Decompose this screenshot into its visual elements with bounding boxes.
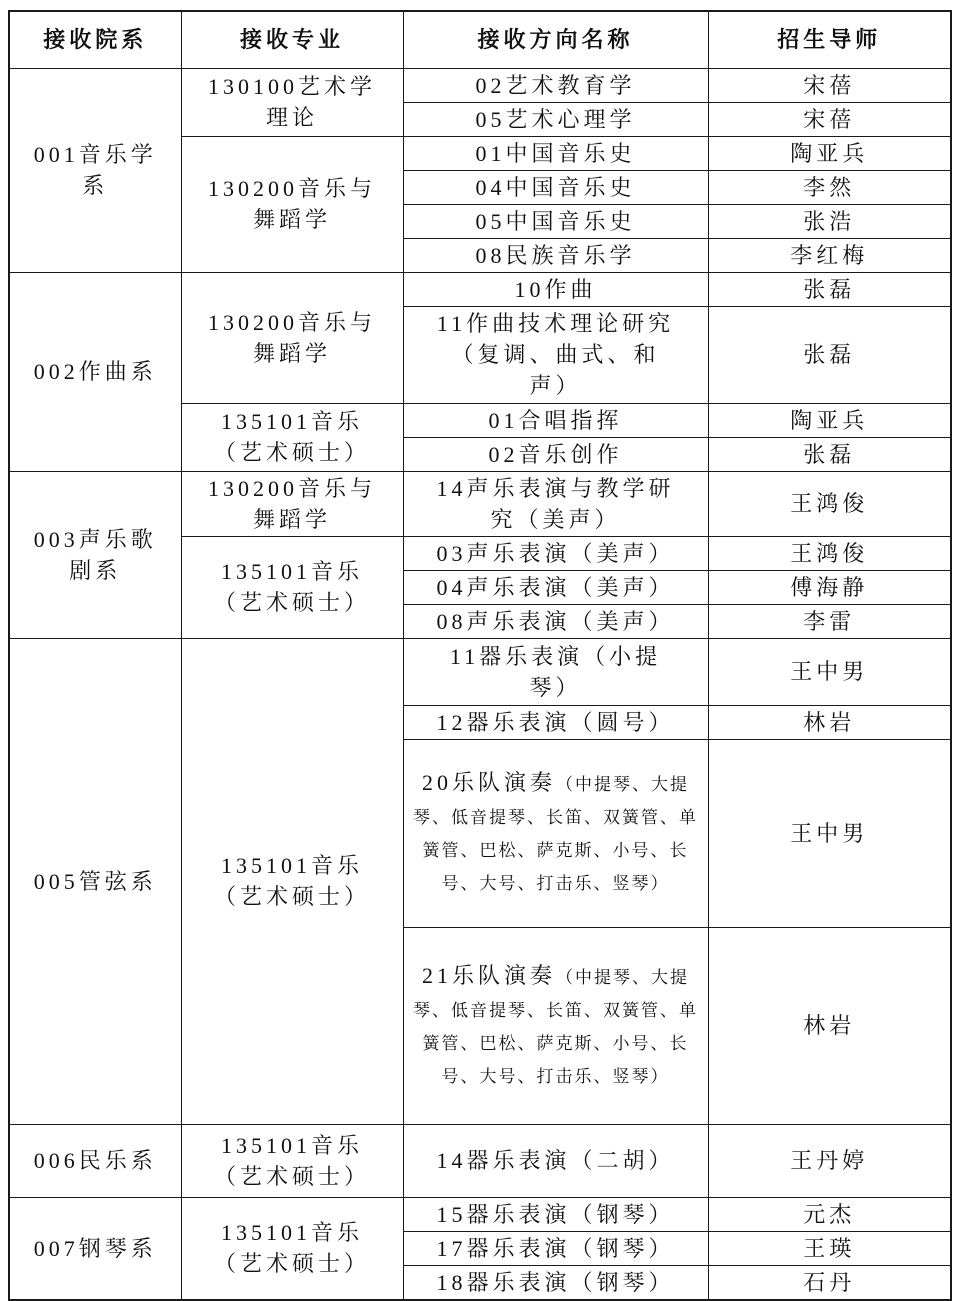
supervisor-cell: 张浩: [708, 204, 951, 238]
direction-cell: 12器乐表演（圆号）: [403, 705, 708, 739]
direction-cell: 05艺术心理学: [403, 102, 708, 136]
direction-cell: 11器乐表演（小提 琴）: [403, 638, 708, 705]
supervisor-cell: 林岩: [708, 705, 951, 739]
header-row: 接收院系 接收专业 接收方向名称 招生导师: [9, 11, 951, 68]
major-cell: 135101音乐 （艺术硕士）: [181, 638, 403, 1124]
department-cell: 003声乐歌 剧系: [9, 471, 181, 638]
supervisor-cell: 王中男: [708, 638, 951, 705]
supervisor-cell: 张磊: [708, 437, 951, 471]
direction-cell: 08声乐表演（美声）: [403, 604, 708, 638]
column-header-major: 接收专业: [181, 11, 403, 68]
table-row: 007钢琴系 135101音乐 （艺术硕士） 15器乐表演（钢琴） 元杰: [9, 1197, 951, 1231]
department-cell: 006民乐系: [9, 1124, 181, 1197]
supervisor-cell: 元杰: [708, 1197, 951, 1231]
table-row: 006民乐系 135101音乐 （艺术硕士） 14器乐表演（二胡） 王丹婷: [9, 1124, 951, 1197]
major-cell: 130200音乐与 舞蹈学: [181, 136, 403, 272]
column-header-department: 接收院系: [9, 11, 181, 68]
department-cell: 007钢琴系: [9, 1197, 181, 1300]
major-cell: 135101音乐 （艺术硕士）: [181, 403, 403, 471]
supervisor-cell: 陶亚兵: [708, 403, 951, 437]
major-cell: 130200音乐与 舞蹈学: [181, 272, 403, 403]
department-cell: 005管弦系: [9, 638, 181, 1124]
direction-name: 20乐队演奏: [422, 770, 556, 795]
direction-cell: 08民族音乐学: [403, 238, 708, 272]
admissions-table: 接收院系 接收专业 接收方向名称 招生导师 001音乐学 系 130100艺术学…: [8, 10, 952, 1301]
direction-cell: 04声乐表演（美声）: [403, 570, 708, 604]
direction-cell: 14器乐表演（二胡）: [403, 1124, 708, 1197]
supervisor-cell: 王瑛: [708, 1231, 951, 1265]
direction-cell: 03声乐表演（美声）: [403, 536, 708, 570]
direction-cell: 17器乐表演（钢琴）: [403, 1231, 708, 1265]
table-row: 001音乐学 系 130100艺术学 理论 02艺术教育学 宋蓓: [9, 68, 951, 102]
supervisor-cell: 李红梅: [708, 238, 951, 272]
supervisor-cell: 李雷: [708, 604, 951, 638]
supervisor-cell: 王鸿俊: [708, 536, 951, 570]
direction-cell: 15器乐表演（钢琴）: [403, 1197, 708, 1231]
direction-cell: 14声乐表演与教学研 究（美声）: [403, 471, 708, 536]
direction-cell: 20乐队演奏（中提琴、大提琴、低音提琴、长笛、双簧管、单簧管、巴松、萨克斯、小号…: [403, 739, 708, 927]
supervisor-cell: 宋蓓: [708, 102, 951, 136]
column-header-supervisor: 招生导师: [708, 11, 951, 68]
major-cell: 135101音乐 （艺术硕士）: [181, 1197, 403, 1300]
direction-name: 21乐队演奏: [422, 963, 556, 988]
direction-cell: 02艺术教育学: [403, 68, 708, 102]
supervisor-cell: 李然: [708, 170, 951, 204]
table-row: 002作曲系 130200音乐与 舞蹈学 10作曲 张磊: [9, 272, 951, 306]
department-cell: 002作曲系: [9, 272, 181, 471]
department-cell: 001音乐学 系: [9, 68, 181, 272]
direction-cell: 04中国音乐史: [403, 170, 708, 204]
major-cell: 135101音乐 （艺术硕士）: [181, 536, 403, 638]
supervisor-cell: 王中男: [708, 739, 951, 927]
supervisor-cell: 张磊: [708, 306, 951, 403]
direction-cell: 01合唱指挥: [403, 403, 708, 437]
major-cell: 135101音乐 （艺术硕士）: [181, 1124, 403, 1197]
direction-cell: 01中国音乐史: [403, 136, 708, 170]
page: 接收院系 接收专业 接收方向名称 招生导师 001音乐学 系 130100艺术学…: [0, 0, 961, 1290]
column-header-direction: 接收方向名称: [403, 11, 708, 68]
supervisor-cell: 石丹: [708, 1265, 951, 1300]
direction-cell: 18器乐表演（钢琴）: [403, 1265, 708, 1300]
major-cell: 130100艺术学 理论: [181, 68, 403, 136]
major-cell: 130200音乐与 舞蹈学: [181, 471, 403, 536]
direction-cell: 11作曲技术理论研究 （复调、曲式、和 声）: [403, 306, 708, 403]
supervisor-cell: 王丹婷: [708, 1124, 951, 1197]
supervisor-cell: 王鸿俊: [708, 471, 951, 536]
direction-cell: 02音乐创作: [403, 437, 708, 471]
direction-cell: 10作曲: [403, 272, 708, 306]
supervisor-cell: 张磊: [708, 272, 951, 306]
supervisor-cell: 林岩: [708, 927, 951, 1124]
supervisor-cell: 傅海静: [708, 570, 951, 604]
direction-cell: 21乐队演奏（中提琴、大提琴、低音提琴、长笛、双簧管、单簧管、巴松、萨克斯、小号…: [403, 927, 708, 1124]
table-row: 005管弦系 135101音乐 （艺术硕士） 11器乐表演（小提 琴） 王中男: [9, 638, 951, 705]
table-row: 003声乐歌 剧系 130200音乐与 舞蹈学 14声乐表演与教学研 究（美声）…: [9, 471, 951, 536]
supervisor-cell: 陶亚兵: [708, 136, 951, 170]
supervisor-cell: 宋蓓: [708, 68, 951, 102]
direction-cell: 05中国音乐史: [403, 204, 708, 238]
